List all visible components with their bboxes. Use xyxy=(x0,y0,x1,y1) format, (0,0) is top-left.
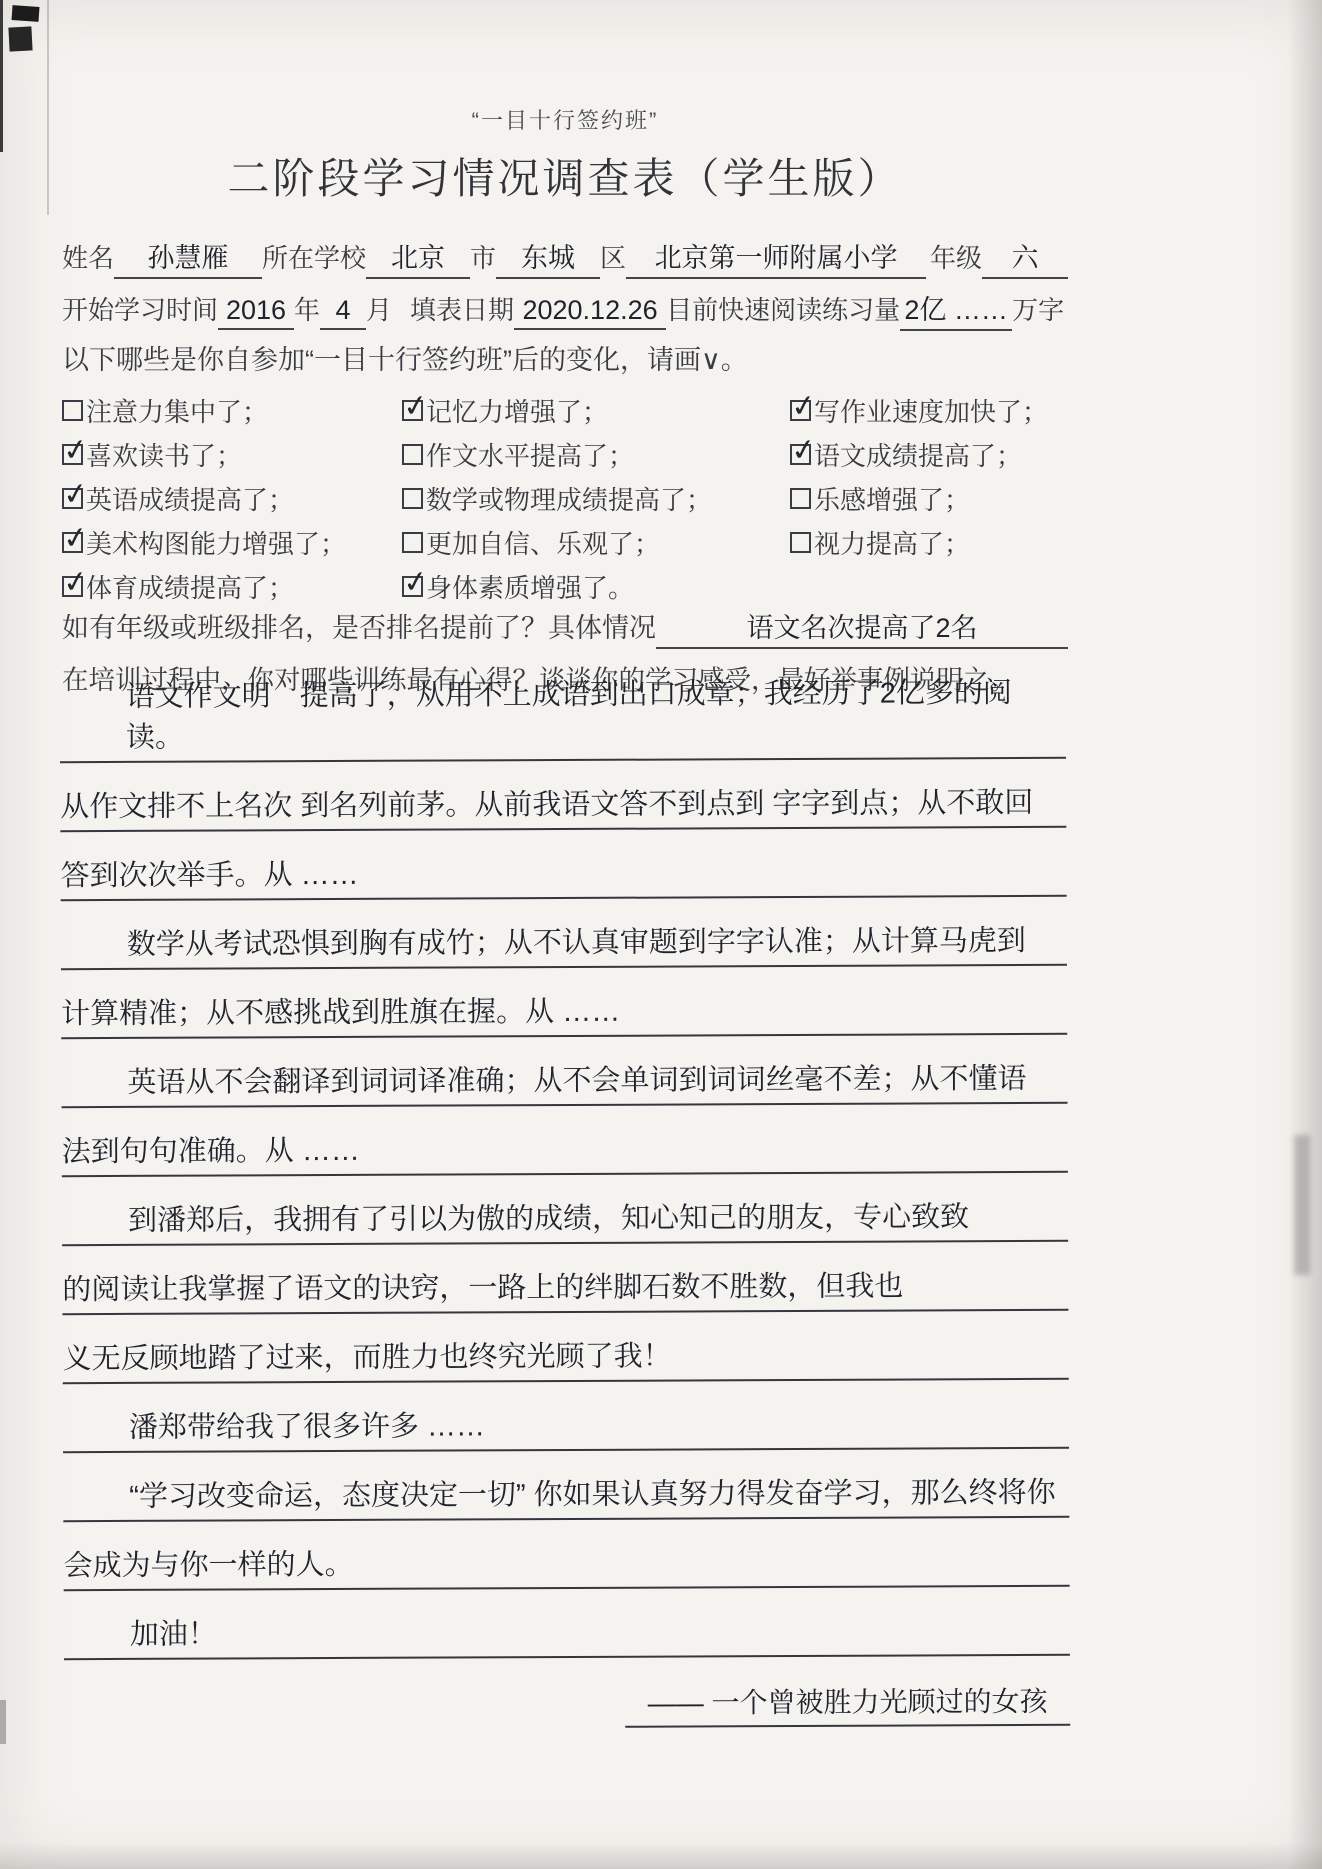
handwritten-text: 英语从不会翻译到词词译准确；从不会单词到词词丝毫不差；从不懂语 xyxy=(127,1056,1026,1101)
checkbox-item: 身体素质增强了。 xyxy=(402,564,790,608)
scan-artifact xyxy=(0,0,3,152)
ranking-line: 如有年级或班级排名，是否排名提前了？具体情况 语文名次提高了2名 xyxy=(62,606,1068,649)
handwritten-text: 会成为与你一样的人。 xyxy=(63,1542,353,1584)
checkbox-item: 注意力集中了； xyxy=(62,388,402,432)
essay-line: 会成为与你一样的人。 xyxy=(63,1518,1069,1591)
essay-line: 语文作文明 提高了，从用不上成语到出口成章；我经历了2亿多的阅读。 xyxy=(60,690,1066,763)
checkbox-label: 语文成绩提高了； xyxy=(814,436,1022,473)
checkbox-label: 作文水平提高了； xyxy=(426,436,634,473)
form-title: 二阶段学习情况调查表（学生版） xyxy=(62,146,1068,206)
checkbox-unchecked-icon xyxy=(62,400,83,421)
essay-line: 到潘郑后，我拥有了引以为傲的成绩，知心知己的朋友，专心致致 xyxy=(62,1173,1068,1246)
ranking-answer: 语文名次提高了2名 xyxy=(656,606,1068,649)
name-value: 孙慧雁 xyxy=(114,236,262,279)
handwritten-text: 法到句句准确。从 …… xyxy=(62,1128,360,1170)
handwritten-text: 义无反顾地踏了过来，而胜力也终究光顾了我！ xyxy=(63,1334,672,1378)
handwritten-text: 到潘郑后，我拥有了引以为傲的成绩，知心知己的朋友，专心致致 xyxy=(128,1194,969,1239)
district-suffix: 区 xyxy=(600,238,626,275)
handwritten-text: 潘郑带给我了很多许多 …… xyxy=(129,1403,485,1446)
checkbox-unchecked-icon xyxy=(402,532,423,553)
checkbox-label: 身体素质增强了。 xyxy=(426,568,634,605)
essay-line: 的阅读让我掌握了语文的诀窍，一路上的绊脚石数不胜数，但我也 xyxy=(62,1242,1068,1315)
handwritten-text: 加油！ xyxy=(130,1612,217,1653)
grade-label: 年级 xyxy=(930,238,982,275)
start-time-label: 开始学习时间 xyxy=(62,290,218,327)
checkbox-item: 记忆力增强了； xyxy=(402,388,790,432)
checkbox-item: 写作业速度加快了； xyxy=(790,388,1068,432)
fill-date-label: 填表日期 xyxy=(410,290,514,327)
handwritten-text: 答到次次举手。从 …… xyxy=(60,852,358,894)
checkbox-item: 英语成绩提高了； xyxy=(62,476,402,520)
checkbox-unchecked-icon xyxy=(790,532,811,553)
checkbox-label: 注意力集中了； xyxy=(86,392,268,429)
checkbox-checked-icon xyxy=(62,444,83,465)
checkbox-checked-icon xyxy=(402,400,423,421)
checkbox-label: 更加自信、乐观了； xyxy=(426,524,660,561)
checkbox-checked-icon xyxy=(62,488,83,509)
essay-area: 语文作文明 提高了，从用不上成语到出口成章；我经历了2亿多的阅读。从作文排不上名… xyxy=(60,690,1071,1730)
info-line-identity: 姓名 孙慧雁 所在学校 北京 市 东城 区 北京第一师附属小学 年级 六 xyxy=(62,236,1068,279)
school-value: 北京第一师附属小学 xyxy=(626,236,926,279)
checkbox-grid: 注意力集中了；记忆力增强了；写作业速度加快了；喜欢读书了；作文水平提高了；语文成… xyxy=(62,388,1068,608)
handwritten-text: 语文作文明 提高了，从用不上成语到出口成章；我经历了2亿多的阅读。 xyxy=(126,670,1066,756)
checkbox-instruction: 以下哪些是你自参加“一目十行签约班”后的变化，请画∨。 xyxy=(62,338,748,377)
scanned-survey-page: “一目十行签约班” 二阶段学习情况调查表（学生版） 姓名 孙慧雁 所在学校 北京… xyxy=(0,0,1322,1869)
essay-line: 义无反顾地踏了过来，而胜力也终究光顾了我！ xyxy=(62,1311,1068,1384)
name-label: 姓名 xyxy=(62,238,114,275)
program-name-note: “一目十行签约班” xyxy=(62,104,1068,135)
checkbox-checked-icon xyxy=(790,444,811,465)
checkbox-item: 更加自信、乐观了； xyxy=(402,520,790,564)
scan-artifact xyxy=(12,5,40,22)
start-month-value: 4 xyxy=(320,295,366,330)
handwritten-text: 计算精准；从不感挑战到胜旗在握。从 …… xyxy=(61,989,620,1032)
checkbox-checked-icon xyxy=(402,576,423,597)
city-value: 北京 xyxy=(366,236,470,279)
handwritten-text: 从作文排不上名次 到名列前茅。从前我语文答不到点到 字字到点；从不敢回 xyxy=(60,780,1033,825)
checkbox-item: 乐感增强了； xyxy=(790,476,1068,520)
checkbox-label: 写作业速度加快了； xyxy=(814,392,1048,429)
checkbox-label: 乐感增强了； xyxy=(814,480,970,517)
reading-volume-label: 目前快速阅读练习量 xyxy=(666,290,900,327)
checkbox-item: 作文水平提高了； xyxy=(402,432,790,476)
fill-date-value: 2020.12.26 xyxy=(514,295,666,330)
checkbox-label: 体育成绩提高了； xyxy=(86,568,294,605)
scan-artifact xyxy=(0,1700,6,1744)
month-suffix: 月 xyxy=(366,290,392,327)
checkbox-label: 喜欢读书了； xyxy=(86,436,242,473)
reading-volume-suffix: 万字 xyxy=(1012,290,1064,327)
essay-line: 数学从考试恐惧到胸有成竹；从不认真审题到字字认准；从计算马虎到 xyxy=(61,897,1067,970)
city-suffix: 市 xyxy=(470,238,496,275)
checkbox-item: 喜欢读书了； xyxy=(62,432,402,476)
checkbox-unchecked-icon xyxy=(402,488,423,509)
essay-lines: 语文作文明 提高了，从用不上成语到出口成章；我经历了2亿多的阅读。从作文排不上名… xyxy=(60,690,1070,1660)
checkbox-checked-icon xyxy=(62,576,83,597)
signature-row: —— 一个曾被胜力光顾过的女孩 xyxy=(64,1656,1070,1730)
essay-line: “学习改变命运，态度决定一切” 你如果认真努力得发奋学习，那么终将你 xyxy=(63,1449,1069,1522)
essay-line: 加油！ xyxy=(64,1587,1070,1660)
checkbox-label: 数学或物理成绩提高了； xyxy=(426,480,712,517)
essay-line: 法到句句准确。从 …… xyxy=(62,1104,1068,1177)
scan-artifact xyxy=(1288,0,1322,1869)
scan-artifact xyxy=(47,0,49,215)
checkbox-label: 记忆力增强了； xyxy=(426,392,608,429)
handwritten-text: “学习改变命运，态度决定一切” 你如果认真努力得发奋学习，那么终将你 xyxy=(129,1470,1056,1515)
district-value: 东城 xyxy=(496,236,600,279)
checkbox-checked-icon xyxy=(62,532,83,553)
checkbox-item: 视力提高了； xyxy=(790,520,1068,564)
signature: —— 一个曾被胜力光顾过的女孩 xyxy=(625,1680,1070,1728)
essay-line: 英语从不会翻译到词词译准确；从不会单词到词词丝毫不差；从不懂语 xyxy=(61,1035,1067,1108)
info-line-dates: 开始学习时间 2016 年 4 月 填表日期 2020.12.26 目前快速阅读… xyxy=(62,288,1068,331)
essay-line: 潘郑带给我了很多许多 …… xyxy=(63,1380,1069,1453)
school-label: 所在学校 xyxy=(262,238,366,275)
year-suffix: 年 xyxy=(294,290,320,327)
start-year-value: 2016 xyxy=(218,295,294,330)
reading-volume-value: 2亿 …… xyxy=(900,288,1012,331)
checkbox-checked-icon xyxy=(790,400,811,421)
ranking-question: 如有年级或班级排名，是否排名提前了？具体情况 xyxy=(62,606,656,645)
checkbox-item: 美术构图能力增强了； xyxy=(62,520,402,564)
checkbox-unchecked-icon xyxy=(790,488,811,509)
checkbox-unchecked-icon xyxy=(402,444,423,465)
checkbox-item: 体育成绩提高了； xyxy=(62,564,402,608)
handwritten-text: 数学从考试恐惧到胸有成竹；从不认真审题到字字认准；从计算马虎到 xyxy=(127,918,1026,963)
scan-artifact xyxy=(0,1843,1322,1869)
essay-line: 计算精准；从不感挑战到胜旗在握。从 …… xyxy=(61,966,1067,1039)
checkbox-label: 美术构图能力增强了； xyxy=(86,524,346,561)
essay-line: 答到次次举手。从 …… xyxy=(60,828,1066,901)
checkbox-label: 视力提高了； xyxy=(814,524,970,561)
checkbox-item: 数学或物理成绩提高了； xyxy=(402,476,790,520)
handwritten-text: 的阅读让我掌握了语文的诀窍，一路上的绊脚石数不胜数，但我也 xyxy=(62,1264,903,1309)
essay-line: 从作文排不上名次 到名列前茅。从前我语文答不到点到 字字到点；从不敢回 xyxy=(60,759,1066,832)
checkbox-item: 语文成绩提高了； xyxy=(790,432,1068,476)
checkbox-label: 英语成绩提高了； xyxy=(86,480,294,517)
grade-value: 六 xyxy=(982,236,1068,279)
scan-artifact xyxy=(8,26,32,51)
